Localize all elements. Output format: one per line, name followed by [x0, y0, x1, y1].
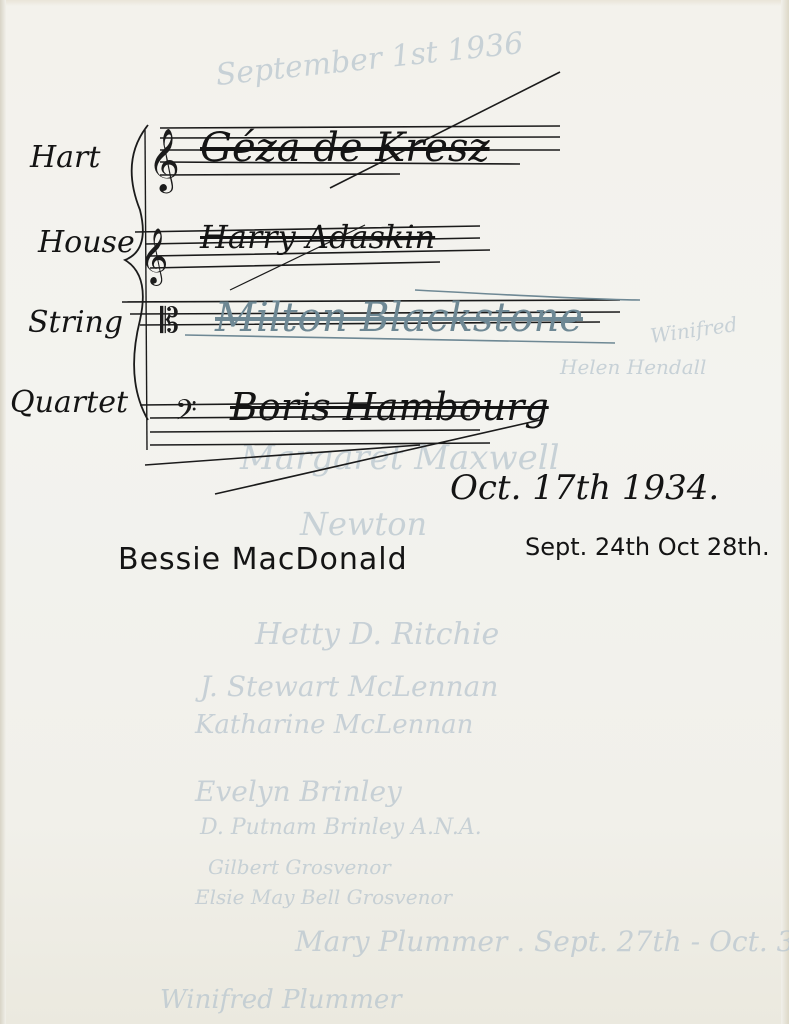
label-quartet: Quartet	[10, 385, 128, 420]
alto-clef-icon: 𝄡	[160, 301, 179, 341]
signature-boris-hambourg: Boris Hambourg	[230, 385, 549, 429]
treble-clef-icon: 𝄞	[140, 228, 168, 286]
signature-bessie-macdonald: Bessie MacDonald	[118, 542, 408, 577]
guestbook-page: September 1st 1936 Winifred Helen Hendal…	[0, 0, 789, 1024]
signature-harry-adaskin: Harry Adaskin	[200, 218, 435, 256]
signature-milton-blackstone: Milton Blackstone	[215, 295, 583, 341]
entry-date: Oct. 17th 1934.	[450, 468, 719, 508]
signature-geza-de-kresz: Géza de Kresz	[200, 125, 490, 171]
label-string: String	[28, 305, 123, 340]
bass-clef-icon: 𝄢	[175, 394, 197, 434]
label-hart: Hart	[30, 140, 100, 175]
label-house: House	[38, 225, 135, 260]
second-entry-dates: Sept. 24th Oct 28th.	[525, 533, 770, 561]
treble-clef-icon: 𝄞	[148, 128, 180, 194]
